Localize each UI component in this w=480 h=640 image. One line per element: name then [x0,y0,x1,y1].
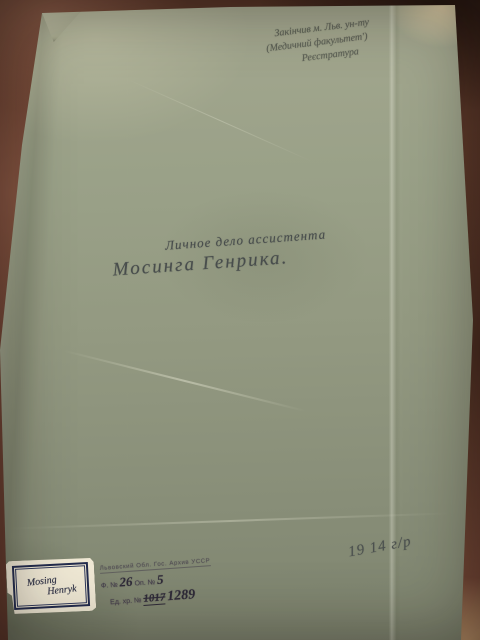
opis-value: 5 [156,572,164,587]
folder-title: Личное дело ассистента Мосинга Генрика. [111,227,329,284]
folder-corner-fold [42,8,84,42]
handwritten-note-top: Закінчив м. Льв. ун-ту (Медичний факульт… [264,16,374,71]
archive-stamp: Львовский Обл. Гос. Архив УССР Ф. № 26 О… [100,558,214,610]
crease-line [63,350,306,412]
fond-label: Ф. № [101,582,118,590]
document-folder: Закінчив м. Льв. ун-ту (Медичний факульт… [0,0,480,640]
year-annotation: 19 14 г/р [347,534,413,562]
unit-label: Ед. хр. № [110,597,142,606]
crease-line [128,79,311,161]
name-label-sticker: Mosing Henryk [6,557,97,616]
photo-frame: Закінчив м. Льв. ун-ту (Медичний факульт… [0,0,480,640]
opis-label: Оп. № [134,579,155,587]
name-label-frame: Mosing Henryk [12,562,90,610]
unit-number-new: 1289 [167,587,196,604]
unit-number-old: 1017 [143,591,166,606]
name-label-text: Mosing Henryk [15,565,87,607]
fond-value: 26 [119,574,133,590]
crease-line [10,512,450,529]
